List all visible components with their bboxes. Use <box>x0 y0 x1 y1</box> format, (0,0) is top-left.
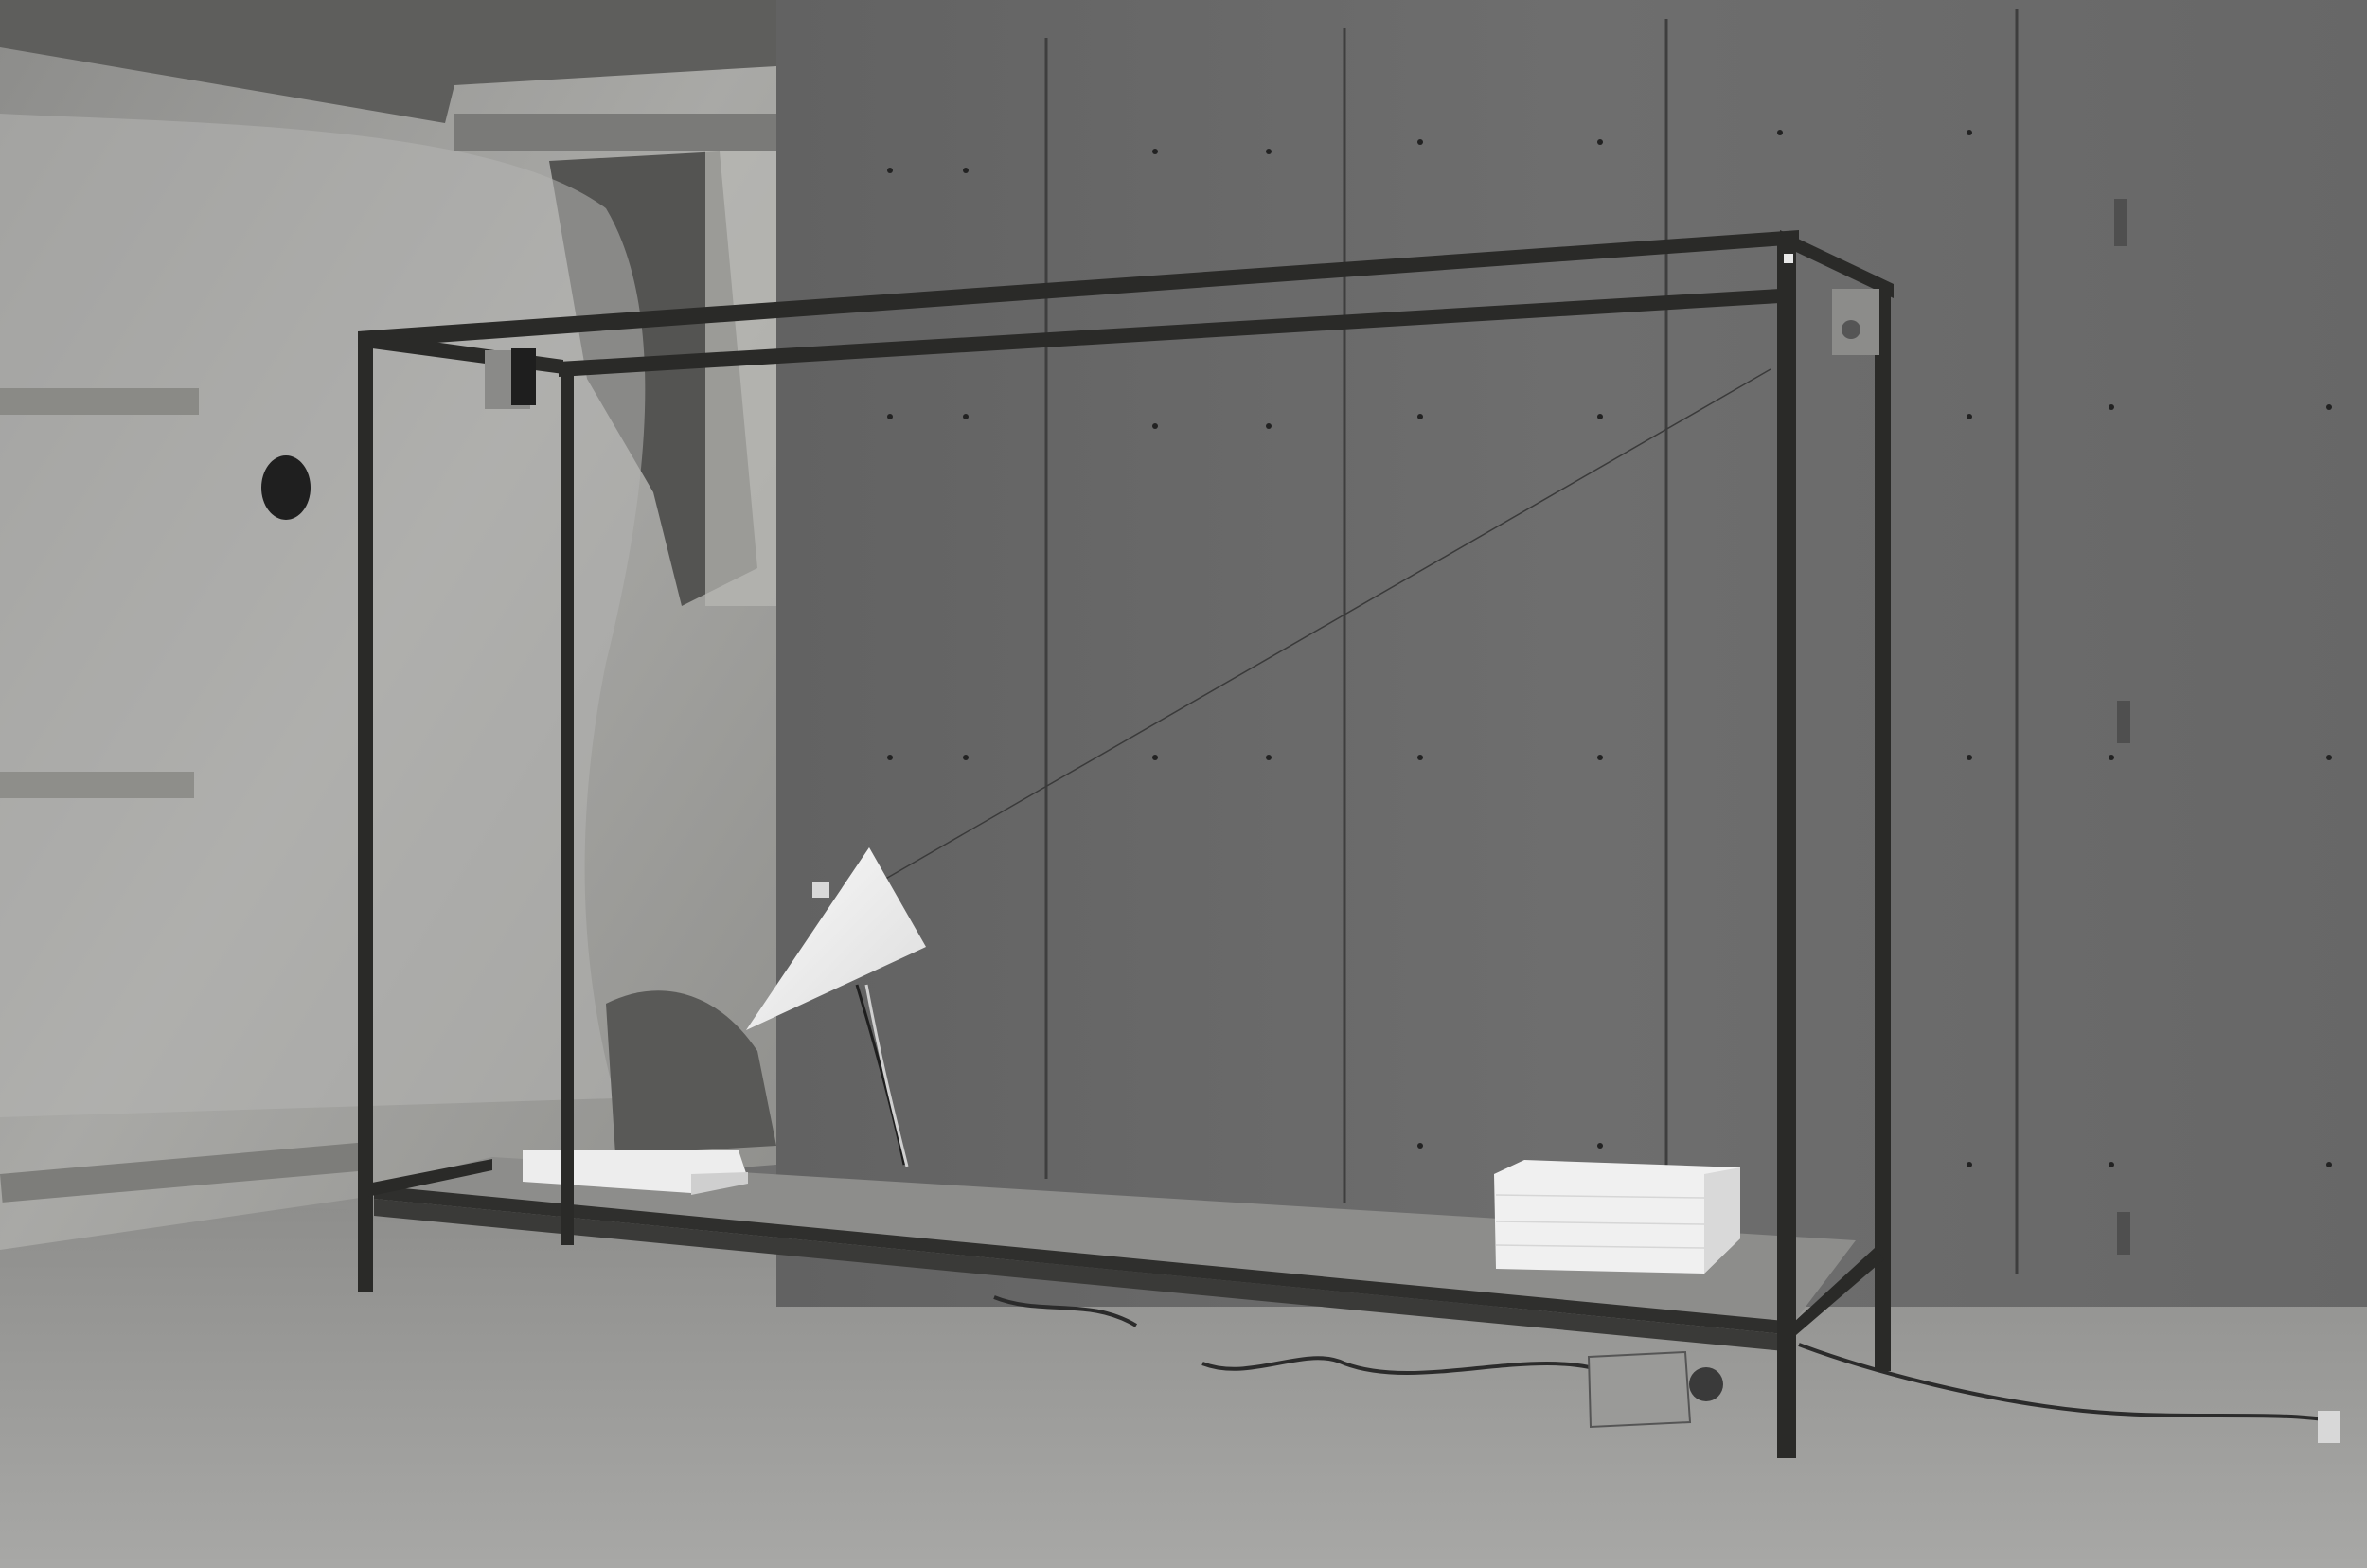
floor-plug <box>2318 1411 2340 1443</box>
motor-left <box>485 348 536 409</box>
insulation <box>705 151 776 606</box>
ceiling-beam <box>454 114 776 151</box>
wall-plank <box>0 388 199 415</box>
photograph <box>0 0 2367 1568</box>
plaster-light <box>0 114 645 1117</box>
paper-stack-right <box>1494 1160 1740 1274</box>
panel-wall <box>776 0 2367 1307</box>
wall-plank <box>0 772 194 798</box>
fan-icon <box>1689 1367 1723 1401</box>
wall-hole <box>261 455 311 520</box>
